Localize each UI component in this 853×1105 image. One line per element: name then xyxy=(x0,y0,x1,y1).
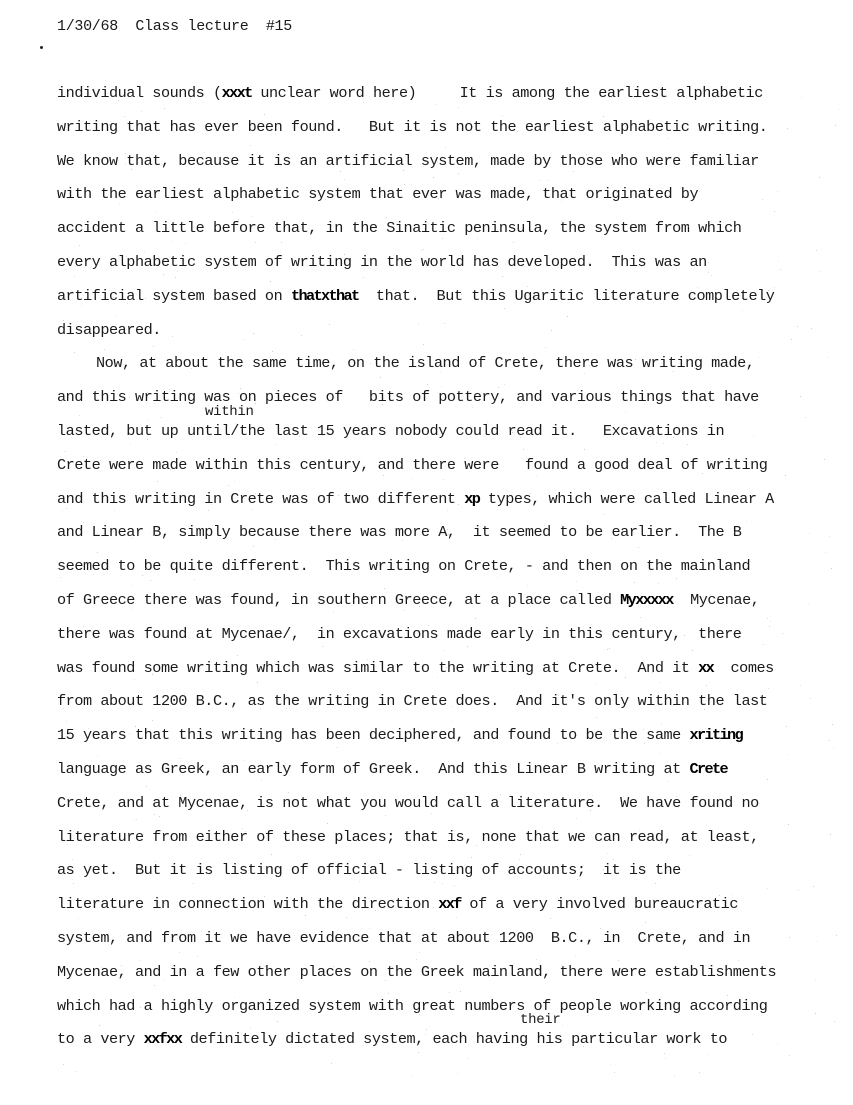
text-line: system, and from it we have evidence tha… xyxy=(57,928,750,948)
text-line: Crete, and at Mycenae, is not what you w… xyxy=(57,793,759,813)
text-line: to a very xxfxx definitely dictated syst… xyxy=(57,1029,727,1049)
text-line: Crete were made within this century, and… xyxy=(57,455,767,475)
text-segment: definitely dictated system, each having … xyxy=(181,1030,727,1048)
text-line: writing that has ever been found. But it… xyxy=(57,117,767,137)
text-line: literature from either of these places; … xyxy=(57,827,759,847)
text-line: with the earliest alphabetic system that… xyxy=(57,184,698,204)
text-segment: Crete were made within this century, and… xyxy=(57,456,767,474)
interlinear-insertion: within xyxy=(205,404,254,420)
text-line: and Linear B, simply because there was m… xyxy=(57,522,741,542)
text-segment: every alphabetic system of writing in th… xyxy=(57,253,707,271)
text-line: literature in connection with the direct… xyxy=(57,894,738,914)
text-segment: accident a little before that, in the Si… xyxy=(57,219,741,237)
text-segment: literature from either of these places; … xyxy=(57,828,759,846)
text-segment: and Linear B, simply because there was m… xyxy=(57,523,741,541)
text-segment: unclear word here) It is among the earli… xyxy=(252,84,763,102)
text-line: there was found at Mycenae/, in excavati… xyxy=(57,624,741,644)
text-line: which had a highly organized system with… xyxy=(57,996,767,1016)
text-segment: Crete, and at Mycenae, is not what you w… xyxy=(57,794,759,812)
text-segment: lasted, but up until/the last 15 years n… xyxy=(57,422,724,440)
text-segment: and this writing was on pieces of bits o… xyxy=(57,388,759,406)
text-line: Now, at about the same time, on the isla… xyxy=(96,353,754,373)
text-segment: types, which were called Linear A xyxy=(479,490,774,508)
text-line: lasted, but up until/the last 15 years n… xyxy=(57,421,724,441)
margin-mark xyxy=(40,46,43,49)
text-line: was found some writing which was similar… xyxy=(57,658,774,678)
text-line: as yet. But it is listing of official - … xyxy=(57,860,681,880)
text-segment: as yet. But it is listing of official - … xyxy=(57,861,681,879)
text-segment: We know that, because it is an artificia… xyxy=(57,152,759,170)
text-segment: to a very xyxy=(57,1030,144,1048)
struck-out-word: xriting xyxy=(689,726,742,744)
struck-out-word: xx xyxy=(698,659,713,677)
text-segment: writing that has ever been found. But it… xyxy=(57,118,767,136)
struck-out-word: thatxthat xyxy=(291,287,359,305)
struck-out-word: xxfxx xyxy=(144,1030,182,1048)
text-segment: of a very involved bureaucratic xyxy=(461,895,738,913)
text-line: We know that, because it is an artificia… xyxy=(57,151,759,171)
text-segment: that. But this Ugaritic literature compl… xyxy=(359,287,775,305)
struck-out-word: xxxt xyxy=(222,84,252,102)
text-line: and this writing in Crete was of two dif… xyxy=(57,489,774,509)
text-segment: Mycenae, and in a few other places on th… xyxy=(57,963,776,981)
struck-out-word: xp xyxy=(464,490,479,508)
text-segment: 15 years that this writing has been deci… xyxy=(57,726,689,744)
text-segment: was found some writing which was similar… xyxy=(57,659,698,677)
text-line: disappeared. xyxy=(57,320,161,340)
text-segment: disappeared. xyxy=(57,321,161,339)
text-segment: system, and from it we have evidence tha… xyxy=(57,929,750,947)
struck-out-word: xxf xyxy=(438,895,461,913)
typed-lecture-page: 1/30/68 Class lecture #15 individual sou… xyxy=(0,0,853,1105)
text-segment: of Greece there was found, in southern G… xyxy=(57,591,620,609)
text-line: language as Greek, an early form of Gree… xyxy=(57,759,727,779)
text-segment: artificial system based on xyxy=(57,287,291,305)
text-line: 15 years that this writing has been deci… xyxy=(57,725,742,745)
text-line: accident a little before that, in the Si… xyxy=(57,218,741,238)
text-line: artificial system based on thatxthat tha… xyxy=(57,286,774,306)
text-line: from about 1200 B.C., as the writing in … xyxy=(57,691,767,711)
text-segment: Mycenae, xyxy=(673,591,760,609)
text-line: every alphabetic system of writing in th… xyxy=(57,252,707,272)
text-line: seemed to be quite different. This writi… xyxy=(57,556,750,576)
text-segment: which had a highly organized system with… xyxy=(57,997,767,1015)
text-segment: comes xyxy=(713,659,774,677)
text-segment: and this writing in Crete was of two dif… xyxy=(57,490,464,508)
text-line: and this writing was on pieces of bits o… xyxy=(57,387,759,407)
text-line: individual sounds (xxxt unclear word her… xyxy=(57,83,763,103)
text-segment: seemed to be quite different. This writi… xyxy=(57,557,750,575)
text-segment: individual sounds ( xyxy=(57,84,222,102)
struck-out-word: Crete xyxy=(689,760,727,778)
text-segment: with the earliest alphabetic system that… xyxy=(57,185,698,203)
text-segment: literature in connection with the direct… xyxy=(57,895,438,913)
text-segment: language as Greek, an early form of Gree… xyxy=(57,760,689,778)
text-segment: Now, at about the same time, on the isla… xyxy=(96,354,754,372)
text-line: of Greece there was found, in southern G… xyxy=(57,590,759,610)
struck-out-word: Myxxxxx xyxy=(620,591,673,609)
text-segment: from about 1200 B.C., as the writing in … xyxy=(57,692,767,710)
document-header: 1/30/68 Class lecture #15 xyxy=(57,18,292,35)
text-segment: there was found at Mycenae/, in excavati… xyxy=(57,625,741,643)
interlinear-insertion: their xyxy=(520,1012,561,1028)
